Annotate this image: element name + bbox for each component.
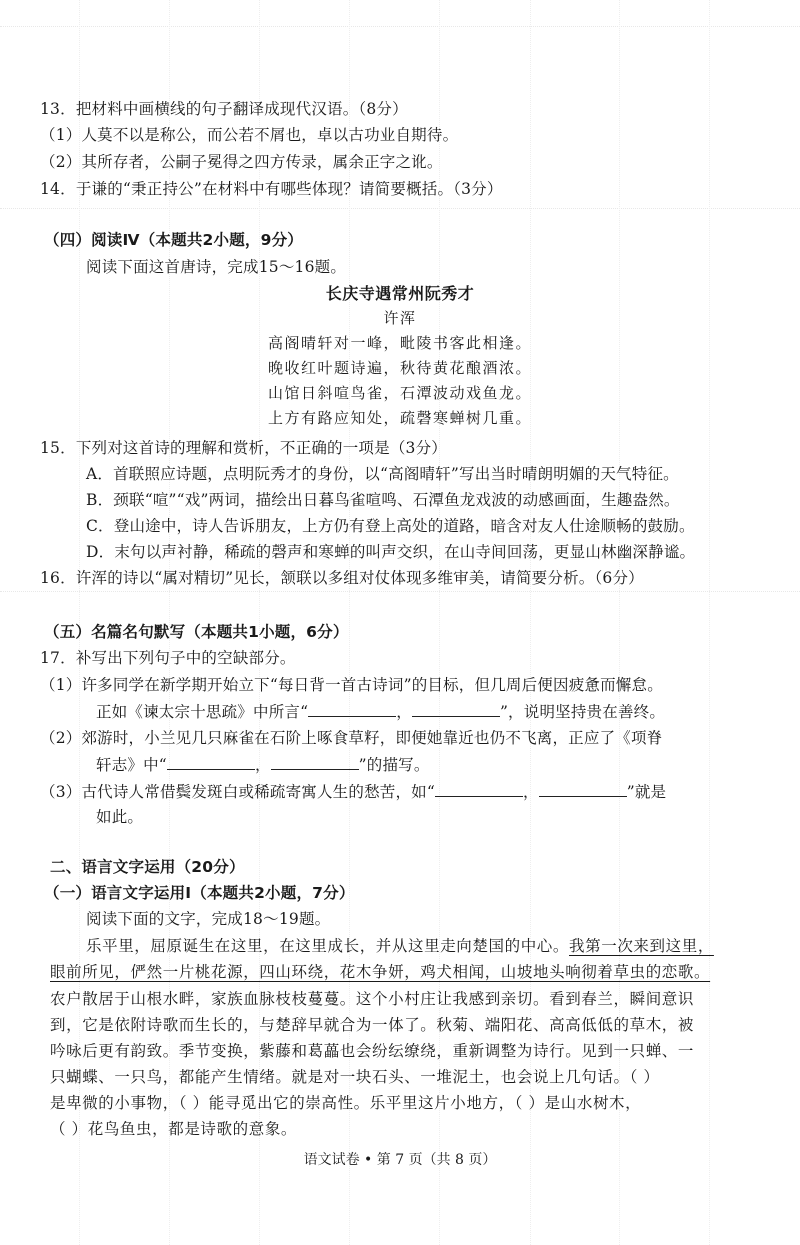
poem-line: 山馆日斜喧鸟雀，石潭波动戏鱼龙。 <box>0 382 800 404</box>
text: ”就是 <box>627 783 667 801</box>
watermark-grid-line <box>0 26 800 27</box>
question-14-prompt: 14．于谦的“秉正持公”在材料中有哪些体现？请简要概括。（3分） <box>40 178 503 200</box>
section-4-instruction: 阅读下面这首唐诗，完成15～16题。 <box>86 256 346 278</box>
passage-line: （ ）花鸟鱼虫，都是诗歌的意象。 <box>50 1118 297 1140</box>
question-13-prompt: 13．把材料中画横线的句子翻译成现代汉语。（8分） <box>40 98 408 120</box>
question-15-option-c: C．登山途中，诗人告诉朋友，上方仍有登上高处的道路，暗含对友人仕途顺畅的鼓励。 <box>86 515 695 537</box>
passage-line: 是卑微的小事物，（ ）能寻觅出它的崇高性。乐平里这片小地方，（ ）是山水树木， <box>50 1092 641 1114</box>
question-17-item-3: （3）古代诗人常借鬓发斑白或稀疏寄寓人生的愁苦，如“，”就是 <box>40 780 666 803</box>
question-15-option-d: D．末句以声衬静，稀疏的磬声和寒蝉的叫声交织，在山寺间回荡，更显山林幽深静谧。 <box>86 541 695 563</box>
text: ”的描写。 <box>359 756 430 774</box>
underlined-sentence: 我第一次来到这里， <box>569 937 714 955</box>
text: ”，说明坚持贵在善终。 <box>500 703 665 721</box>
underlined-sentence: 眼前所见，俨然一片桃花源，四山环绕，花木争妍，鸡犬相闻，山坡地头响彻着草虫的恋歌… <box>50 961 710 983</box>
text: 正如《谏太宗十思疏》中所言“ <box>96 703 308 721</box>
text: ， <box>255 756 271 774</box>
part-2-instruction: 阅读下面的文字，完成18～19题。 <box>86 908 330 930</box>
text: ， <box>396 703 412 721</box>
question-17-item-1: （1）许多同学在新学期开始立下“每日背一首古诗词”的目标，但几周后便因疲惫而懈怠… <box>40 674 663 696</box>
question-17-item-1-fill: 正如《谏太宗十思疏》中所言“，”，说明坚持贵在善终。 <box>96 700 665 723</box>
question-15-option-a: A．首联照应诗题，点明阮秀才的身份，以“高阁晴轩”写出当时晴朗明媚的天气特征。 <box>86 463 679 485</box>
question-15-option-b: B．颈联“喧”“戏”两词，描绘出日暮鸟雀喧鸣、石潭鱼龙戏波的动感画面，生趣盎然。 <box>86 489 680 511</box>
passage-line: 吟咏后更有韵致。季节变换，紫藤和葛藟也会纷纭缭绕，重新调整为诗行。见到一只蝉、一 <box>50 1040 694 1062</box>
watermark-grid-line <box>0 591 800 592</box>
poem-line: 晚收红叶题诗遍，秋待黄花酿酒浓。 <box>0 357 800 379</box>
poem-line: 上方有路应知处，疏磬寒蝉树几重。 <box>0 407 800 429</box>
text: （3）古代诗人常借鬓发斑白或稀疏寄寓人生的愁苦，如“ <box>40 783 435 801</box>
answer-blank[interactable] <box>539 780 627 797</box>
answer-blank[interactable] <box>412 700 500 717</box>
poem-title: 长庆寺遇常州阮秀才 <box>0 283 800 305</box>
watermark-grid-line <box>709 0 710 1245</box>
part-2-sub-heading: （一）语言文字运用Ⅰ（本题共2小题，7分） <box>44 882 355 904</box>
question-17-prompt: 17．补写出下列句子中的空缺部分。 <box>40 647 296 669</box>
text: ， <box>523 783 539 801</box>
answer-blank[interactable] <box>308 700 396 717</box>
part-2-heading: 二、语言文字运用（20分） <box>50 856 245 878</box>
passage-line: 乐平里，屈原诞生在这里，在这里成长，并从这里走向楚国的中心。我第一次来到这里， <box>86 935 714 957</box>
question-15-prompt: 15．下列对这首诗的理解和赏析，不正确的一项是（3分） <box>40 437 447 459</box>
question-13-item-2: （2）其所存者，公嗣子冕得之四方传录，属余正字之讹。 <box>40 151 443 173</box>
text: 轩志》中“ <box>96 756 167 774</box>
answer-blank[interactable] <box>271 753 359 770</box>
passage-line: 到，它是依附诗歌而生长的，与楚辞早就合为一体了。秋菊、端阳花、高高低低的草木，被 <box>50 1014 694 1036</box>
section-5-heading: （五）名篇名句默写（本题共1小题，6分） <box>44 621 349 643</box>
poem-line: 高阁晴轩对一峰，毗陵书客此相逢。 <box>0 332 800 354</box>
answer-blank[interactable] <box>435 780 523 797</box>
poem-author: 许浑 <box>0 307 800 329</box>
question-17-item-2: （2）郊游时，小兰见几只麻雀在石阶上啄食草籽，即便她靠近也仍不飞离，正应了《项脊 <box>40 727 662 749</box>
page-footer: 语文试卷 • 第 7 页（共 8 页） <box>0 1150 800 1170</box>
passage-line: 农户散居于山根水畔，家族血脉枝枝蔓蔓。这个小村庄让我感到亲切。看到春兰，瞬间意识 <box>50 988 694 1010</box>
question-16-prompt: 16．许浑的诗以“属对精切”见长，颔联以多组对仗体现多维审美，请简要分析。（6分… <box>40 567 644 589</box>
question-17-item-2-fill: 轩志》中“，”的描写。 <box>96 753 430 776</box>
passage-text: 乐平里，屈原诞生在这里，在这里成长，并从这里走向楚国的中心。 <box>86 937 569 955</box>
watermark-grid-line <box>0 208 800 209</box>
section-4-heading: （四）阅读Ⅳ（本题共2小题，9分） <box>44 229 303 251</box>
question-17-item-3-cont: 如此。 <box>96 806 143 828</box>
answer-blank[interactable] <box>167 753 255 770</box>
passage-line: 只蝴蝶、一只鸟，都能产生情绪。就是对一块石头、一堆泥土，也会说上几句话。（ ） <box>50 1066 660 1088</box>
question-13-item-1: （1）人莫不以是称公，而公若不屑也，卓以古功业自期待。 <box>40 124 458 146</box>
